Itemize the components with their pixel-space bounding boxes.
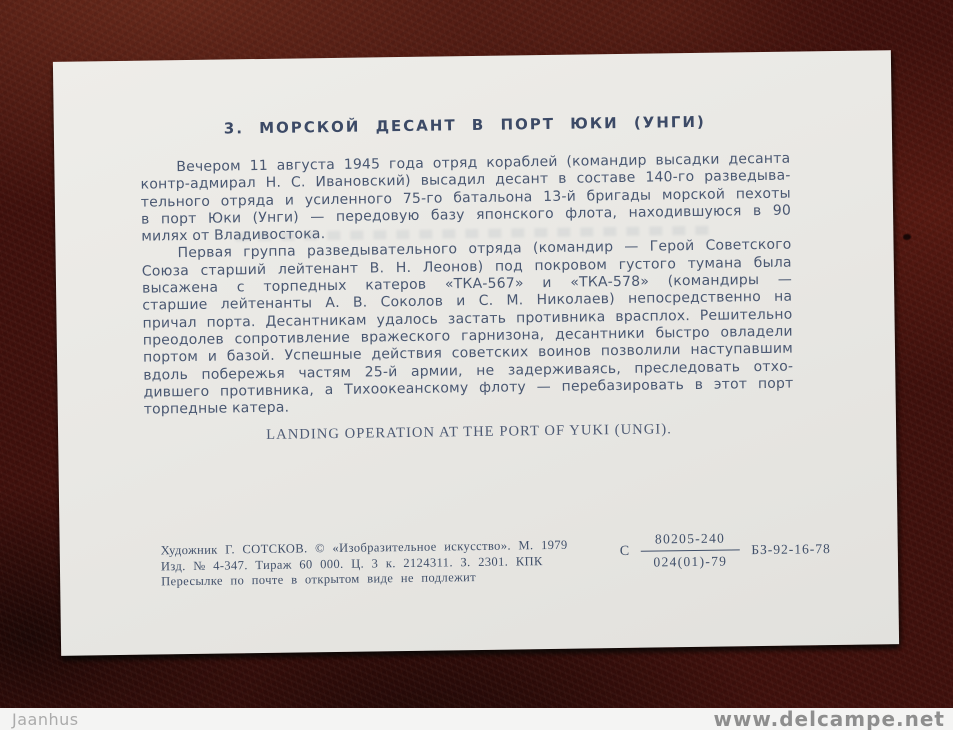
catalog-numerator: 80205-240	[641, 530, 739, 551]
imprint-block: Художник Г. СОТСКОВ. © «Изобразительное …	[161, 537, 632, 590]
catalog-prefix: С	[620, 543, 630, 559]
catalog-fraction: 80205-240 024(01)-79	[641, 530, 740, 570]
photo-of-postcard: 3. МОРСКОЙ ДЕСАНТ В ПОРТ ЮКИ (УНГИ) Вече…	[0, 0, 953, 730]
catalog-denominator: 024(01)-79	[641, 550, 739, 570]
paragraph-1: Вечером 11 августа 1945 года отряд кораб…	[140, 151, 791, 247]
postcard-body: Вечером 11 августа 1945 года отряд кораб…	[140, 151, 794, 420]
postcard: 3. МОРСКОЙ ДЕСАНТ В ПОРТ ЮКИ (УНГИ) Вече…	[53, 50, 899, 656]
catalog-suffix: БЗ-92-16-78	[751, 541, 831, 558]
catalog-code: С 80205-240 024(01)-79 БЗ-92-16-78	[620, 529, 832, 571]
paragraph-2: Первая группа разведывательного отряда (…	[141, 237, 793, 419]
postcard-title: 3. МОРСКОЙ ДЕСАНТ В ПОРТ ЮКИ (УНГИ)	[140, 112, 790, 139]
watermark-strip: Jaanhus www.delcampe.net	[0, 708, 953, 730]
watermark-site: www.delcampe.net	[713, 707, 945, 730]
watermark-seller: Jaanhus	[12, 710, 79, 729]
leather-speck	[903, 234, 911, 240]
english-caption: LANDING OPERATION AT THE PORT OF YUKI (U…	[144, 420, 794, 446]
